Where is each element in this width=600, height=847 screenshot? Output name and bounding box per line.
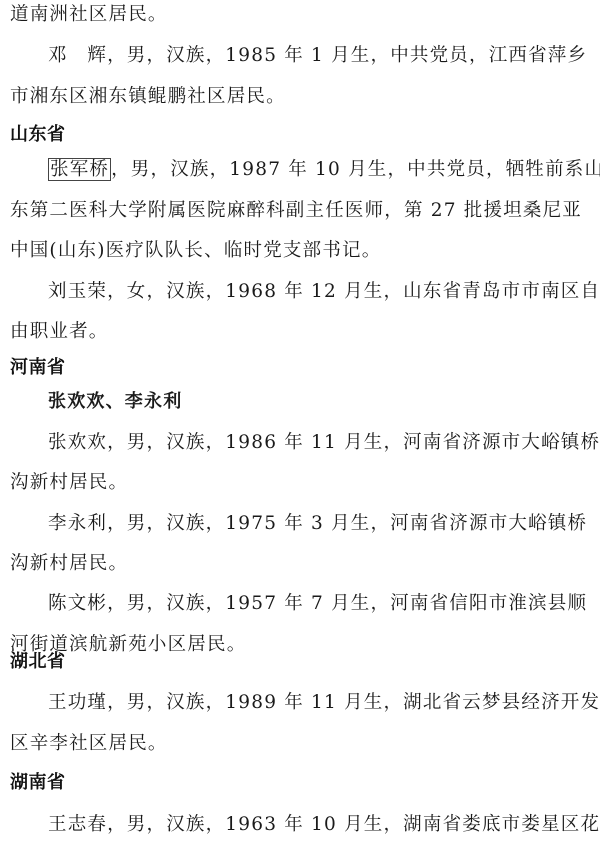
text-line: 中国(山东)医疗队队长、临时党支部书记。: [10, 240, 592, 262]
text-line: 市湘东区湘东镇鲲鹏社区居民。: [10, 86, 592, 108]
person-entry-wang-zhichun: 王志春，男，汉族，1963 年 10 月生，湖南省娄底市娄星区花: [48, 814, 592, 836]
text-line: 区辛李社区居民。: [10, 733, 592, 755]
text-line: 东第二医科大学附属医院麻醉科副主任医师，第 27 批援坦桑尼亚: [10, 200, 592, 222]
person-entry-zhang-huanhuan: 张欢欢，男，汉族，1986 年 11 月生，河南省济源市大峪镇桥: [48, 432, 592, 454]
person-entry-zhang-junqiao: 张军桥，男，汉族，1987 年 10 月生，中共党员，牺牲前系山: [48, 159, 592, 181]
person-entry-li-yongli: 李永利，男，汉族，1975 年 3 月生，河南省济源市大峪镇桥: [48, 513, 592, 535]
province-heading-shandong: 山东省: [10, 124, 592, 146]
person-entry-chen-wenbin: 陈文彬，男，汉族，1957 年 7 月生，河南省信阳市淮滨县顺: [48, 593, 592, 615]
person-entry-wang-gongjin: 王功瑾，男，汉族，1989 年 11 月生，湖北省云梦县经济开发: [48, 692, 592, 714]
province-heading-hubei: 湖北省: [10, 651, 592, 673]
text-line: 道南洲社区居民。: [10, 4, 592, 26]
group-subheading: 张欢欢、李永利: [48, 391, 592, 413]
text-line: 沟新村居民。: [10, 472, 592, 494]
text-line: 由职业者。: [10, 321, 592, 343]
province-heading-hunan: 湖南省: [10, 772, 592, 794]
entry-text: ，男，汉族，1987 年 10 月生，中共党员，牺牲前系山: [111, 159, 600, 180]
person-entry-liu-yurong: 刘玉荣，女，汉族，1968 年 12 月生，山东省青岛市市南区自: [48, 281, 592, 303]
person-entry-deng-hui: 邓 辉，男，汉族，1985 年 1 月生，中共党员，江西省萍乡: [48, 45, 592, 67]
text-line: 沟新村居民。: [10, 553, 592, 575]
province-heading-henan: 河南省: [10, 357, 592, 379]
boxed-name: 张军桥: [48, 158, 111, 181]
